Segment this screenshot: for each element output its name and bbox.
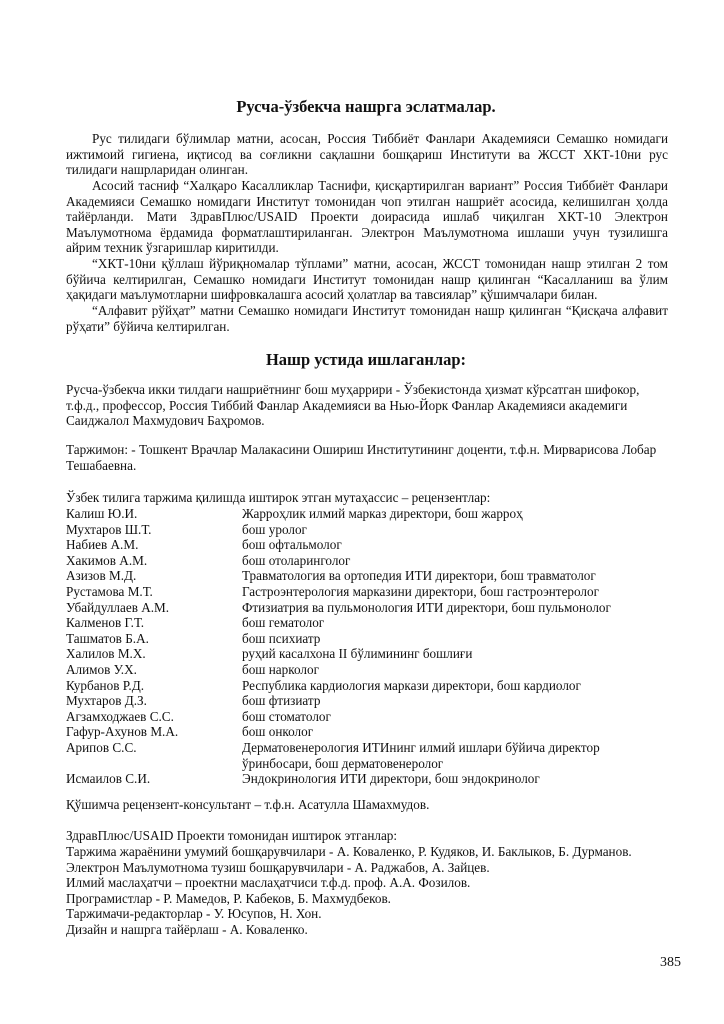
note-paragraph-1: Рус тилидаги бўлимлар матни, асосан, Рос… [66,131,668,178]
project-participant-line: Програмистлар - Р. Мамедов, Р. Кабеков, … [66,891,391,907]
note-paragraph-3: “ХКТ-10ни қўллаш йўриқномалар тўплами” м… [66,256,668,303]
reviewer-role: Фтизиатрия ва пульмонология ИТИ директор… [242,600,662,616]
reviewer-role: бош нарколог [242,662,662,678]
project-participant-line: Дизайн и нашрга тайёрлаш - А. Коваленко. [66,922,308,938]
project-heading: ЗдравПлюс/USAID Проекти томонидан иштиро… [66,828,397,844]
reviewer-role: бош онколог [242,724,662,740]
contributors-heading: Нашр устида ишлаганлар: [66,350,666,370]
reviewer-role: Жарроҳлик илмий марказ директори, бош жа… [242,506,662,522]
note-paragraph-4: “Алфавит рўйҳат” матни Семашко номидаги … [66,303,668,334]
reviewer-name: Халилов М.Х. [66,646,146,662]
reviewer-name: Калменов Г.Т. [66,615,144,631]
reviewer-role: бош отоларинголог [242,553,662,569]
project-participant-line: Таржима жараёнини умумий бошқарувчилари … [66,844,632,860]
reviewer-name: Набиев А.М. [66,537,138,553]
reviewer-role: бош стоматолог [242,709,662,725]
reviewer-role: руҳий касалхона II бўлимининг бошлиғи [242,646,662,662]
reviewer-name: Гафур-Ахунов М.А. [66,724,178,740]
project-participant-line: Электрон Маълумотнома тузиш бошқарувчила… [66,860,490,876]
reviewer-role: Травматология ва ортопедия ИТИ директори… [242,568,662,584]
reviewer-name: Исмаилов С.И. [66,771,150,787]
reviewer-name: Курбанов Р.Д. [66,678,144,694]
reviewer-role: бош офтальмолог [242,537,662,553]
page-number: 385 [660,955,681,971]
translator-paragraph: Таржимон: - Тошкент Врачлар Малакасини О… [66,442,668,473]
page-title: Русча-ўзбекча нашрга эслатмалар. [66,97,666,117]
consultant-line: Қўшимча рецензент-консультант – т.ф.н. А… [66,797,429,813]
reviewer-role: Гастроэнтерология марказини директори, б… [242,584,662,600]
chief-editor-paragraph: Русча-ўзбекча икки тилдаги нашриётнинг б… [66,382,668,429]
reviewer-role: бош уролог [242,522,662,538]
reviewer-name: Калиш Ю.И. [66,506,137,522]
reviewer-name: Убайдуллаев А.М. [66,600,169,616]
reviewer-name: Ташматов Б.А. [66,631,149,647]
reviewer-name: Рустамова М.Т. [66,584,153,600]
reviewer-name: Мухтаров Д.З. [66,693,147,709]
reviewer-name: Агзамходжаев С.С. [66,709,174,725]
reviewer-role: Дерматовенерология ИТИнинг илмий ишлари … [242,740,662,771]
reviewer-name: Арипов С.С. [66,740,137,756]
reviewer-name: Хакимов А.М. [66,553,147,569]
reviewer-name: Алимов У.Х. [66,662,137,678]
reviewer-role: бош фтизиатр [242,693,662,709]
reviewer-name: Азизов М.Д. [66,568,136,584]
note-paragraph-2: Асосий тасниф “Халқаро Касалликлар Тасни… [66,178,668,256]
reviewers-heading: Ўзбек тилига таржима қилишда иштирок этг… [66,490,490,506]
reviewer-role: Республика кардиология маркази директори… [242,678,662,694]
reviewer-role: бош гематолог [242,615,662,631]
reviewer-name: Мухтаров Ш.Т. [66,522,151,538]
reviewer-role: Эндокринология ИТИ директори, бош эндокр… [242,771,662,787]
project-participant-line: Илмий маслаҳатчи – проектни маслаҳатчиси… [66,875,470,891]
project-participant-line: Таржимачи-редакторлар - У. Юсупов, Н. Хо… [66,906,322,922]
reviewer-role: бош психиатр [242,631,662,647]
